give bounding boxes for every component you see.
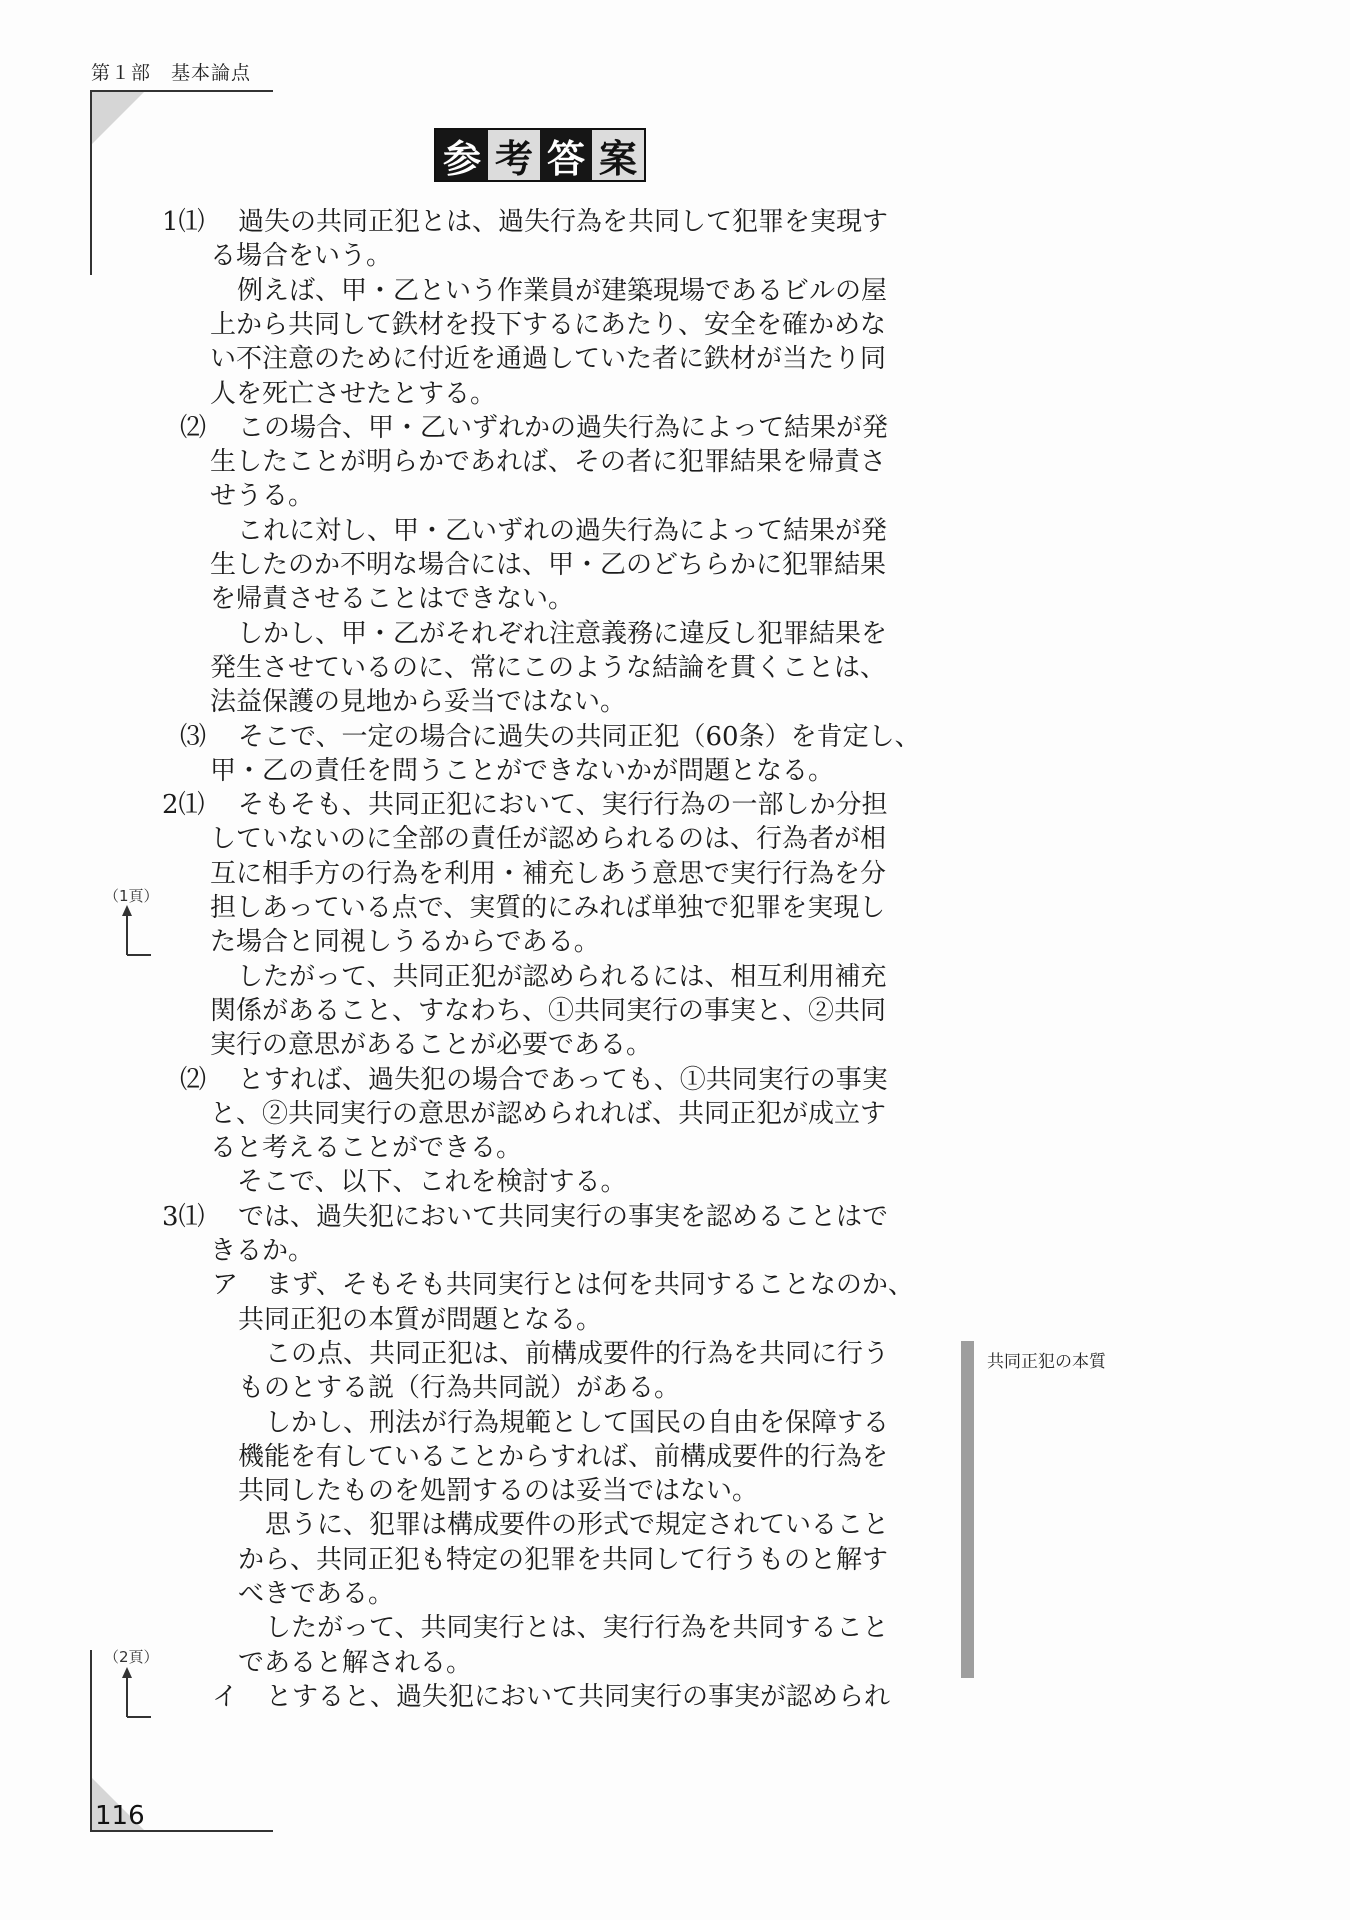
page-ref-2: （2頁）	[104, 1646, 159, 1667]
text-line: していないのに全部の責任が認められるのは、行為者が相	[210, 822, 886, 856]
text-line: 人を死亡させたとする。	[210, 377, 496, 411]
running-head: 第１部 基本論点	[91, 58, 251, 85]
text-line: とすると、過失犯において共同実行の事実が認められ	[266, 1680, 890, 1714]
item-marker: イ	[212, 1680, 238, 1714]
title-cell: 案	[592, 130, 644, 180]
text-line: 甲・乙の責任を問うことができないかが問題となる。	[210, 754, 834, 788]
title-cell: 考	[488, 130, 540, 180]
item-marker: ⑶	[180, 720, 206, 754]
item-marker: 3⑴	[162, 1200, 205, 1234]
text-line: しかし、甲・乙がそれぞれ注意義務に違反し犯罪結果を	[237, 617, 887, 651]
text-line: したがって、共同正犯が認められるには、相互利用補充	[237, 960, 886, 994]
text-line: 担しあっている点で、実質的にみれば単独で犯罪を実現し	[210, 891, 885, 925]
text-line: そもそも、共同正犯において、実行行為の一部しか分担	[238, 788, 887, 822]
title-cell: 参	[436, 130, 488, 180]
side-note-bar	[961, 1341, 974, 1678]
text-line: 過失の共同正犯とは、過失行為を共同して犯罪を実現す	[238, 205, 888, 239]
text-line: 互に相手方の行為を利用・補充しあう意思で実行行為を分	[210, 857, 886, 891]
text-line: せうる。	[210, 479, 314, 513]
text-line: この点、共同正犯は、前構成要件的行為を共同に行う	[265, 1337, 889, 1371]
item-marker: ⑵	[180, 411, 206, 445]
text-line: 発生させているのに、常にこのような結論を貫くことは、	[210, 651, 886, 685]
text-line: しかし、刑法が行為規範として国民の自由を保障する	[265, 1406, 889, 1440]
text-line: であると解される。	[238, 1646, 472, 1680]
text-line: 思うに、犯罪は構成要件の形式で規定されていること	[265, 1508, 889, 1542]
item-marker: 2⑴	[162, 788, 205, 822]
ref-arrow-icon	[118, 905, 154, 961]
text-line: 実行の意思があることが必要である。	[210, 1028, 652, 1062]
text-line: 機能を有していることからすれば、前構成要件的行為を	[238, 1440, 888, 1474]
text-line: ものとする説（行為共同説）がある。	[238, 1371, 680, 1405]
text-line: ると考えることができる。	[210, 1131, 522, 1165]
title-cell: 答	[540, 130, 592, 180]
text-line: これに対し、甲・乙いずれの過失行為によって結果が発	[237, 514, 887, 548]
item-marker: ア	[212, 1268, 238, 1302]
text-line: を帰責させることはできない。	[210, 582, 574, 616]
text-line: 生したのか不明な場合には、甲・乙のどちらかに犯罪結果	[210, 548, 886, 582]
text-line: る場合をいう。	[210, 239, 392, 273]
text-line: この場合、甲・乙いずれかの過失行為によって結果が発	[238, 411, 888, 445]
text-line: 共同正犯の本質が問題となる。	[238, 1303, 602, 1337]
text-line: 法益保護の見地から妥当ではない。	[210, 685, 626, 719]
text-line: と、②共同実行の意思が認められれば、共同正犯が成立す	[210, 1097, 886, 1131]
item-marker: ⑵	[180, 1063, 206, 1097]
page-number: 116	[95, 1801, 145, 1831]
text-line: きるか。	[210, 1234, 314, 1268]
text-line: 上から共同して鉄材を投下するにあたり、安全を確かめな	[210, 308, 886, 342]
side-note-label: 共同正犯の本質	[987, 1347, 1106, 1372]
text-line: そこで、以下、これを検討する。	[237, 1165, 626, 1199]
text-line: い不注意のために付近を通過していた者に鉄材が当たり同	[210, 342, 886, 376]
text-line: とすれば、過失犯の場合であっても、①共同実行の事実	[238, 1063, 888, 1097]
text-line: 関係があること、すなわち、①共同実行の事実と、②共同	[210, 994, 886, 1028]
text-line: 共同したものを処罰するのは妥当ではない。	[238, 1474, 758, 1508]
text-line: から、共同正犯も特定の犯罪を共同して行うものと解す	[238, 1543, 888, 1577]
text-line: 生したことが明らかであれば、その者に犯罪結果を帰責さ	[210, 445, 886, 479]
text-line: そこで、一定の場合に過失の共同正犯（60条）を肯定し、	[238, 720, 921, 754]
item-marker: 1⑴	[162, 205, 205, 239]
text-line: したがって、共同実行とは、実行行為を共同すること	[265, 1611, 888, 1645]
ref-arrow-icon	[118, 1667, 154, 1723]
text-line: べきである。	[238, 1577, 394, 1611]
section-title-box: 参 考 答 案	[434, 128, 646, 182]
page-ref-1: （1頁）	[104, 885, 159, 906]
text-line: 例えば、甲・乙という作業員が建築現場であるビルの屋	[237, 274, 887, 308]
text-line: まず、そもそも共同実行とは何を共同することなのか、	[266, 1268, 914, 1302]
text-line: た場合と同視しうるからである。	[210, 925, 600, 959]
text-line: では、過失犯において共同実行の事実を認めることはで	[238, 1200, 888, 1234]
top-corner-triangle	[92, 92, 144, 144]
